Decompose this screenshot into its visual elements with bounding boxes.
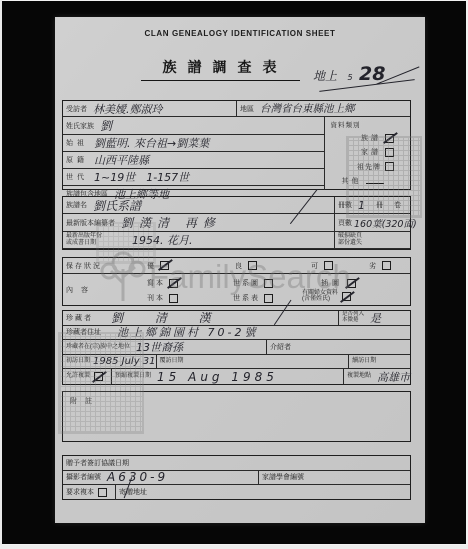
table-row: 珍藏者在(宗)族中之地位 13世裔孫 介紹者 [63,340,410,355]
copy-place-cell: 複製地點 高雄市 [343,369,410,384]
volumes-unit2: 卷 [391,200,401,210]
content-option: 刊本 [147,293,178,303]
origin-label: 原籍 [63,155,88,165]
society-label: 家譜學會編號 [259,472,304,482]
table-row: 姓氏家族 劉 [63,117,324,135]
second-visit-cell: 覆訪日期 [156,355,349,369]
condition-content-table: 保存狀況 優 良 可 劣 內容 寫本 [62,257,411,306]
generations-label: 世代 [63,172,88,182]
microfilm-cell: 是否列入 本微捲 是 [338,311,410,325]
table-row: 贈予者簽訂協議日期 [63,456,410,471]
introducer-label: 介紹者 [267,342,291,352]
second-visit-label: 覆訪日期 [157,358,184,365]
condition-option: 優 [147,261,169,271]
checkbox [324,261,333,270]
editor-value: 劉漢清 再修 [121,214,221,231]
damage-label: 破損缺頁 部份遺失 [335,233,362,246]
area-cell: 地區 台灣省台東縣池上鄉 [236,101,410,116]
area-label: 地區 [237,104,254,114]
agreement-label: 贈予者簽訂協議日期 [63,458,129,468]
address-value: 池上鄉錦園村 70-2號 [117,324,258,340]
checkbox [94,372,103,381]
volumes-value: 1 [358,199,365,212]
mailing-label: 寄贈地址 [116,487,147,497]
genealogy-survey-sheet: CLAN GENEALOGY IDENTIFICATION SHEET 族譜調查… [55,17,425,523]
condition-option: 劣 [369,261,391,271]
checkbox [385,134,394,143]
third-visit-label: 續訪日期 [349,358,376,365]
interviewee-value: 林美嬡.鄭淑玲 [93,101,163,117]
book-title-label: 族譜名 [63,200,87,210]
checkbox [347,279,356,288]
checkbox [169,279,178,288]
blank-line [366,177,384,184]
origin-value: 山西平陸縣 [94,152,149,168]
generations-value: 1~19世 1-157世 [94,169,189,185]
condition-label: 保存狀況 [63,261,102,271]
table-row: 最新版本編纂者 劉漢清 再修 頁數 160葉(320面) [63,214,410,231]
content-option: 世系表 [233,293,273,303]
content-option: 世系圖 [233,278,273,288]
copy-date-cell: 預縮複製日期 15 Aug 1985 [111,369,343,384]
handwritten-page-note: 地上 5 28 [313,63,423,85]
table-row: 攝影者編號 A630-9 家譜學會編號 [63,471,410,486]
category-title: 資料類別 [325,117,411,129]
checkbox [160,261,169,270]
content-option: 插圖 [321,278,356,288]
holder-label: 珍藏者 [63,313,93,323]
position-label: 珍藏者在(宗)族中之地位 [63,344,130,351]
condition-option: 可 [311,261,333,271]
table-row: 珍藏者 劉 清 漢 是否列入 本微捲 是 [63,311,410,326]
sheet-title-english: CLAN GENEALOGY IDENTIFICATION SHEET [55,29,425,38]
copy-place-value: 高雄市 [377,369,410,385]
condition-option: 良 [235,261,257,271]
scanned-microfilm-frame: { "header": { "title_en": "CLAN GENEALOG… [0,0,468,549]
copy-date-label: 預縮複製日期 [112,373,151,380]
first-visit-label: 初訪日期 [63,358,90,365]
mailing-cell: 寄贈地址 [115,485,410,500]
processing-table: 贈予者簽訂協議日期 攝影者編號 A630-9 家譜學會編號 要求複本 寄贈地址 [62,455,411,500]
table-row: 族譜名 劉氏系譜 冊數 1 冊 卷 [63,197,410,214]
table-row: 受訪者 林美嬡.鄭淑玲 地區 台灣省台東縣池上鄉 [63,101,410,117]
microfilm-label: 是否列入 本微捲 [339,312,364,324]
founder-value: 劉藍明. 來台祖→劉菜葉 [94,135,209,151]
volumes-cell: 冊數 1 冊 卷 [334,197,410,213]
page-note-prefix: 地上 [313,69,337,83]
microfilm-value: 是 [370,310,381,326]
women-data-label: 有關婦女資料 (含僅姓氏) [299,291,338,303]
address-label: 珍藏者住址 [63,327,101,337]
remarks-box: 附 註 [62,391,411,442]
photographer-label: 攝影者編號 [63,472,101,482]
content-label: 內容 [63,285,96,295]
surname-value: 劉 [100,117,112,134]
introducer-cell: 介紹者 [266,340,410,354]
table-row: 內容 寫本 刊本 世系圖 世系表 插圖 [63,274,410,305]
photographer-value: A630-9 [107,470,168,484]
checkbox [342,292,351,301]
editor-label: 最新版本編纂者 [63,218,115,228]
checkbox [264,279,273,288]
society-cell: 家譜學會編號 [258,471,410,485]
position-value: 13世裔孫 [136,339,183,355]
category-item: 族譜 [325,133,411,143]
checkbox [248,261,257,270]
founder-label: 始祖 [63,138,88,148]
checkbox [385,148,394,157]
copy-date-value: 15 Aug 1985 [157,370,278,384]
genealogy-book-table: 族譜名 劉氏系譜 冊數 1 冊 卷 最新版本編纂者 劉漢清 再修 頁數 160葉… [62,196,411,250]
interviewee-label: 受訪者 [63,104,87,114]
book-title-value: 劉氏系譜 [93,197,141,214]
checkbox [382,261,391,270]
publish-date-label: 最新出版年份 或成書日期 [63,233,102,246]
remarks-label: 附 註 [67,396,95,406]
volumes-label: 冊數 [335,200,352,210]
damage-cell: 破損缺頁 部份遺失 [334,232,410,248]
pages-label: 頁數 [335,218,352,228]
table-row: 最新出版年份 或成書日期 1954. 花月. 破損缺頁 部份遺失 [63,232,410,249]
scan-edge-left [0,0,2,549]
publish-date-value: 1954. 花月. [132,232,192,248]
category-item: 祖先牌 [325,162,411,172]
table-row: 保存狀況 優 良 可 劣 [63,258,410,274]
checkbox [385,162,394,171]
content-option: 寫本 [147,278,178,288]
scan-edge-bottom [0,545,468,549]
checkbox [98,488,107,497]
table-row: 初訪日期 1985 July 31 覆訪日期 續訪日期 [63,355,410,370]
checkbox [169,294,178,303]
volumes-unit: 冊 [373,200,383,210]
copy-place-label: 複製地點 [344,373,371,380]
table-row: 珍藏者住址 池上鄉錦園村 70-2號 [63,326,410,341]
pages-cell: 頁數 160葉(320面) [334,214,410,230]
third-visit-cell: 續訪日期 [348,355,410,369]
material-category-box: 資料類別 族譜 家譜 祖先牌 其他 [324,117,411,190]
surname-label: 姓氏家族 [63,121,94,131]
category-item: 家譜 [325,147,411,157]
holder-table: 珍藏者 劉 清 漢 是否列入 本微捲 是 珍藏者住址 池上鄉錦園村 70-2號 … [62,310,411,385]
table-row: 允許複製 預縮複製日期 15 Aug 1985 複製地點 高雄市 [63,369,410,384]
page-note-small: 5 [347,73,352,82]
table-row: 始祖 劉藍明. 來台祖→劉菜葉 [63,135,324,152]
area-value: 台灣省台東縣池上鄉 [260,101,355,116]
table-row: 要求複本 寄贈地址 [63,485,410,500]
content-option: 有關婦女資料 (含僅姓氏) [299,291,351,303]
category-item: 其他 [325,176,411,186]
respondent-table: 受訪者 林美嬡.鄭淑玲 地區 台灣省台東縣池上鄉 姓氏家族 劉 始祖 劉藍明. … [62,100,411,190]
copy-permit-label: 允許複製 [63,373,90,380]
checkbox [264,294,273,303]
first-visit-value: 1985 July 31 [93,356,156,367]
table-row: 原籍 山西平陸縣 [63,152,324,169]
request-copy-label: 要求複本 [63,487,94,497]
table-row: 世代 1~19世 1-157世 [63,169,324,186]
pages-value: 160葉(320面) [354,216,417,230]
